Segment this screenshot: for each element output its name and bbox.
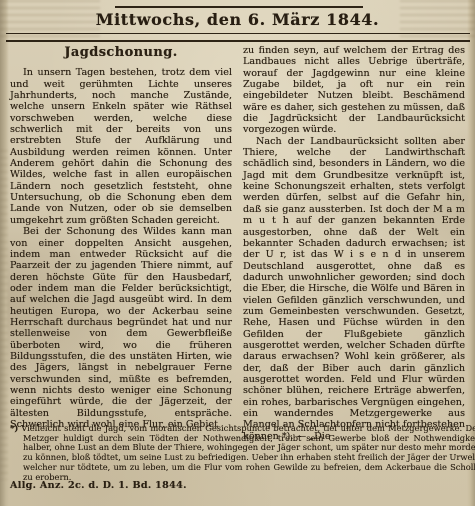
footnote: *)Vielleicht steht die Jagd, vom moralis… [10,424,475,482]
article-title: Jagdschonung. [10,47,232,58]
newspaper-page-scan: Mittwochs, den 6. März 1844. Jagdschonun… [0,0,475,506]
article-paragraph: Nach der Landbaurücksicht sollten aber T… [243,136,465,442]
masthead-rule [115,6,363,8]
article-paragraph: zu finden seyn, auf welchem der Ertrag d… [243,45,465,136]
scan-edge-left [0,0,9,506]
source-signature-line: Allg. Anz. 2c. d. D. 1. Bd. 1844. [10,480,187,491]
footnote-marker: *) [10,423,21,433]
masthead-date: Mittwochs, den 6. März 1844. [0,10,475,29]
left-column: Jagdschonung. In unsern Tagen bestehen, … [10,45,232,442]
article-columns: Jagdschonung. In unsern Tagen bestehen, … [10,45,465,442]
right-column: zu finden seyn, auf welchem der Ertrag d… [243,45,465,442]
article-paragraph: In unsern Tagen bestehen, trotz dem viel… [10,67,232,226]
footnote-text: Vielleicht steht die Jagd, vom moralisch… [21,423,475,482]
header-divider-rule [6,33,470,42]
article-paragraph: Bei der Schonung des Wildes kann man von… [10,226,232,430]
